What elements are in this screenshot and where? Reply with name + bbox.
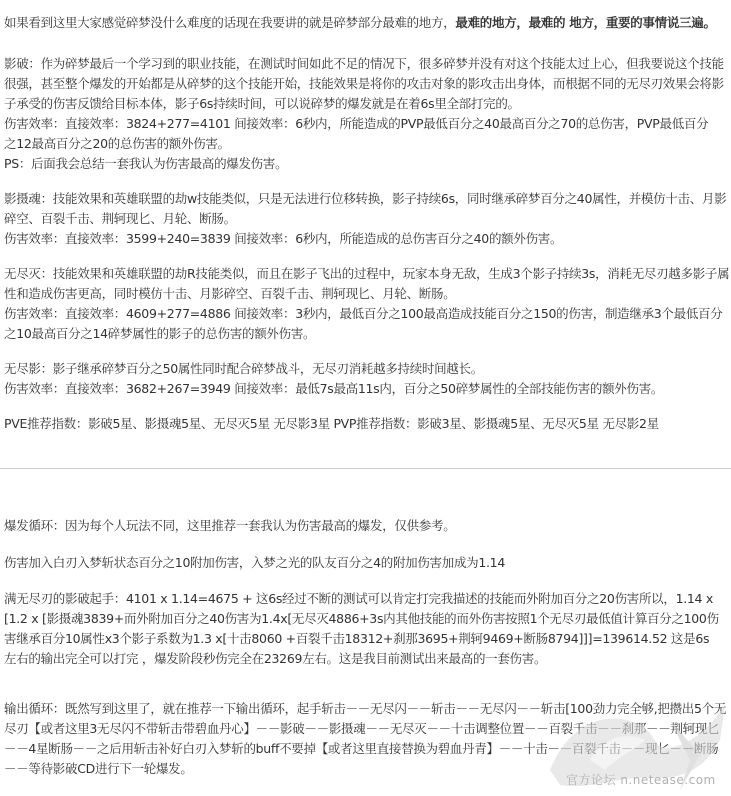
text-line: 之12最高百分之20的总伤害的额外伤害。 <box>4 134 230 154</box>
text-line: 子承受的伤害反馈给目标本体，影子6s持续时间，可以说碎梦的爆发就是在着6s里全部… <box>4 94 520 114</box>
text-line: 影摄魂：技能效果和英雄联盟的劫w技能类似，只是无法进行位移转换，影子持续6s，同… <box>4 189 726 209</box>
watermark-text: 官方论坛 n.netease.com <box>566 771 716 788</box>
text-line: 之10最高百分之14碎梦属性的影子的总伤害的额外伤害。 <box>4 324 315 344</box>
text-line: 无尽灭：技能效果和英雄联盟的劫R技能类似，而且在影子飞出的过程中，玩家本身无敌，… <box>4 264 729 284</box>
burst-intro: 爆发循环：因为每个人玩法不同，这里推荐一套我认为伤害最高的爆发，仅供参考。 <box>4 516 455 536</box>
damage-bonus: 伤害加入白刃入梦斩状态百分之10附加伤害，入梦之光的队友百分之4的附加伤害加成为… <box>4 553 505 573</box>
text-line: 伤害效率：直接效率：3599+240=3839 间接效率：6秒内，所能造成的总伤… <box>4 229 562 249</box>
ratings-line: PVE推荐指数：影破5星、影摄魂5星、无尽灭5星 无尽影3星 PVP推荐指数：影… <box>4 414 659 434</box>
section-divider <box>0 468 731 469</box>
text-line: 满无尽刃的影破起手：4101 x 1.14=4675 + 这6s经过不断的测试可… <box>4 589 713 609</box>
text-line: 影破：作为碎梦最后一个学习到的职业技能，在测试时间如此不足的情况下，很多碎梦并没… <box>4 54 724 74</box>
text-line: 害继承百分10属性x3个影子系数为1.3 x[十击8060 +百裂千击18312… <box>4 629 709 649</box>
text-line: 伤害效率：直接效率：3682+267=3949 间接效率：最低7s最高11s内，… <box>4 379 663 399</box>
text-line: 很强，甚至整个爆发的开始都是从碎梦的这个技能开始，技能效果是将你的攻击对象的影攻… <box>4 74 724 94</box>
text-line: 碎空、百裂千击、荆轲现匕、月轮、断肠。 <box>4 209 236 229</box>
intro-paragraph: 如果看到这里大家感觉碎梦没什么难度的话现在我要讲的就是碎梦部分最难的地方，最难的… <box>4 13 716 33</box>
intro-text: 如果看到这里大家感觉碎梦没什么难度的话现在我要讲的就是碎梦部分最难的地方， <box>4 15 455 30</box>
text-line: [1.2 x [影摄魂3839+而外附加百分之40伤害为1.4x[无尽灭4886… <box>4 609 719 629</box>
text-line: 伤害效率：直接效率：4609+277=4886 间接效率：3秒内，最低百分之10… <box>4 304 722 324</box>
text-line: －－等待影破CD进行下一轮爆发。 <box>4 759 193 779</box>
text-line: PS：后面我会总结一套我认为伤害最高的爆发伤害。 <box>4 154 287 174</box>
text-line: 无尽影：影子继承碎梦百分之50属性同时配合碎梦战斗，无尽刃消耗越多持续时间越长。 <box>4 359 483 379</box>
text-line: 伤害效率：直接效率：3824+277=4101 间接效率：6秒内，所能造成的PV… <box>4 114 708 134</box>
text-line: 左右的输出完全可以打完 ，爆发阶段秒伤完全在23269左右。这是我目前测试出来最… <box>4 649 546 669</box>
intro-emphasis: 最难的地方，最难的 地方，重要的事情说三遍。 <box>455 15 715 30</box>
text-line: 性和造成伤害更高，同时模仿十击、月影碎空、百裂千击、荆轲现匕、月轮、断肠。 <box>4 284 455 304</box>
